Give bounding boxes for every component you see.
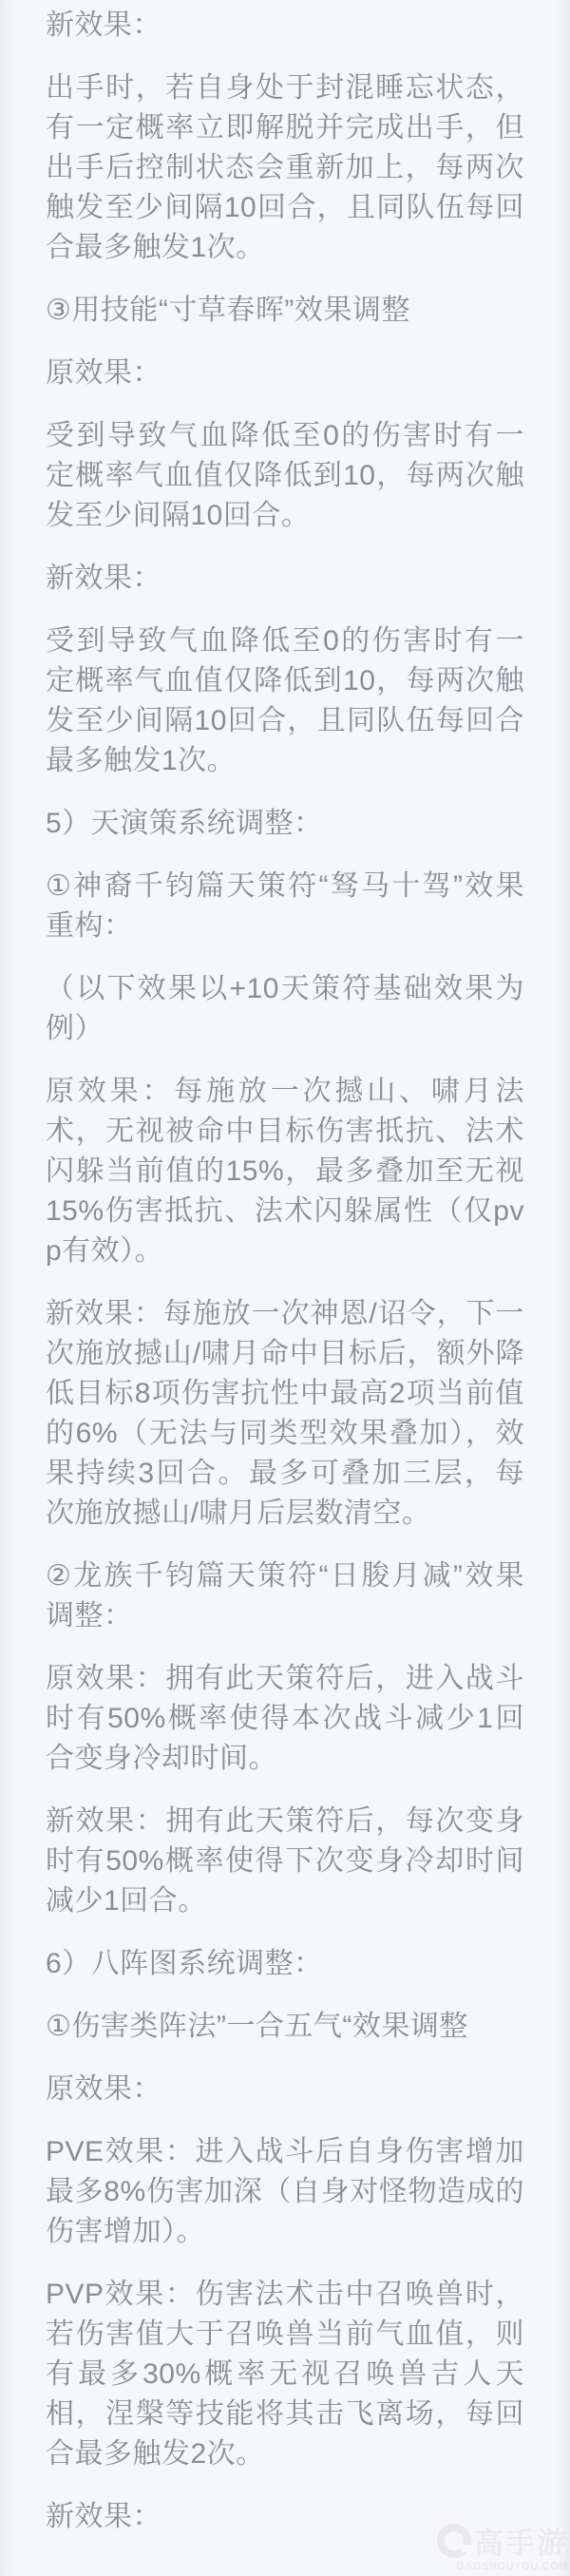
patch-notes-article: 新效果： 出手时，若自身处于封混睡忘状态，有一定概率立即解脱并完成出手，但出手后… [0,0,570,2537]
label-new-effect: 新效果： [46,2497,524,2537]
label-original-effect: 原效果： [46,2070,524,2109]
para-new-effect-escape-control: 出手时，若自身处于封混睡忘状态，有一定概率立即解脱并完成出手，但出手后控制状态会… [46,68,524,268]
watermark-domain-text: GAOSHOUYOU.COM [456,2561,568,2572]
label-original-effect: 原效果： [46,353,524,393]
para-new-effect-rijuanyuejian: 新效果：拥有此天策符后，每次变身时有50%概率使得下次变身冷却时间减少1回合。 [46,1802,524,1921]
para-note-plus10-base: （以下效果以+10天策符基础效果为例） [46,969,524,1049]
heading-tiance-rijuanyuejian: ②龙族千钧篇天策符“日朘月减”效果调整： [46,1556,524,1636]
para-original-effect-rijuanyuejian: 原效果：拥有此天策符后，进入战斗时有50%概率使得本次战斗减少1回合变身冷却时间… [46,1659,524,1779]
heading-bazhentu-system: 6）八阵图系统调整： [46,1944,524,1984]
para-new-effect-numashijia: 新效果：每施放一次神恩/诏令，下一次施放撼山/啸月命中目标后，额外降低目标8项伤… [46,1294,524,1534]
para-new-effect-cuncao: 受到导致气血降低至0的伤害时有一定概率气血值仅降低到10，每两次触发至少间隔10… [46,621,524,781]
heading-zhenfa-yihewuqi: ①伤害类阵法”一合五气“效果调整 [46,2007,524,2047]
para-original-effect-numashijia: 原效果：每施放一次撼山、啸月法术，无视被命中目标伤害抵抗、法术闪躲当前值的15%… [46,1072,524,1271]
heading-tiance-numashijia: ①神裔千钧篇天策符“驽马十驾”效果重构： [46,867,524,946]
para-original-effect-cuncao: 受到导致气血降低至0的伤害时有一定概率气血值仅降低到10，每两次触发至少间隔10… [46,416,524,536]
heading-skill-cuncao-chunhui: ③用技能“寸草春晖”效果调整 [46,291,524,331]
label-new-effect: 新效果： [46,0,524,46]
para-pve-effect: PVE效果：进入战斗后自身伤害增加最多8%伤害加深（自身对怪物造成的伤害增加）。 [46,2132,524,2252]
label-new-effect: 新效果： [46,559,524,599]
para-pvp-effect: PVP效果：伤害法术击中召唤兽时，若伤害值大于召唤兽当前气血值，则有最多30%概… [46,2275,524,2474]
heading-tianyance-system: 5）天演策系统调整： [46,804,524,844]
